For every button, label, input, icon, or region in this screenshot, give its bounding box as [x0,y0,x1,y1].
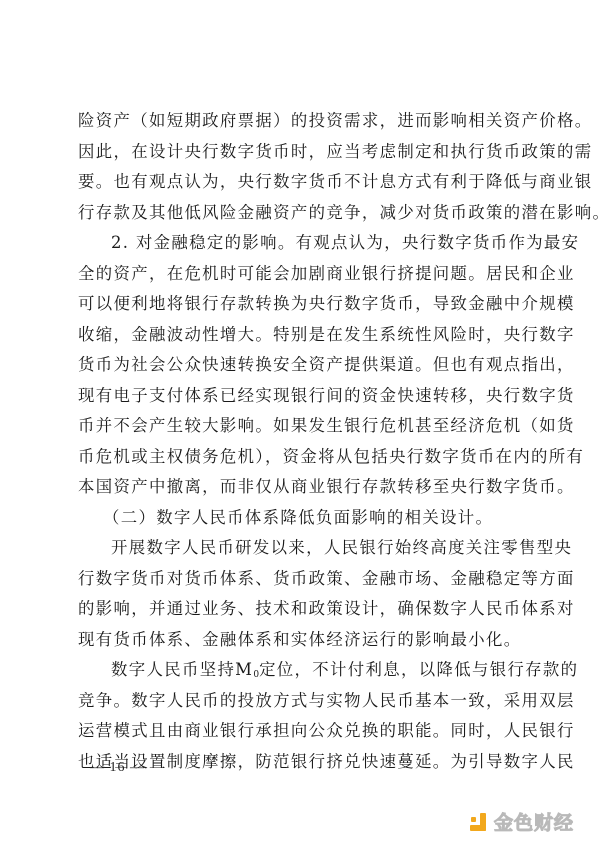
text-line: 要。也有观点认为，央行数字货币不计息方式有利于降低与商业银 [78,167,524,198]
text-line: 的影响，并通过业务、技术和政策设计，确保数字人民币体系对 [78,594,524,625]
page-number: — 16 — [90,760,145,776]
text-line: 本国资产中撤离，而非仅从商业银行存款转移至央行数字货币。 [78,472,524,503]
watermark: 金色财经 [470,808,574,835]
section-heading: （二）数字人民币体系降低负面影响的相关设计。 [78,503,524,534]
text-line: 全的资产，在危机时可能会加剧商业银行挤提问题。居民和企业 [78,259,524,290]
watermark-text: 金色财经 [494,808,574,835]
text-line: 运营模式且由商业银行承担向公众兑换的职能。同时，人民银行 [78,716,524,747]
text-segment: 数字人民币坚持M [111,660,253,679]
text-line: 币并不会产生较大影响。如果发生银行危机甚至经济危机（如货 [78,411,524,442]
text-line: 行数字货币对货币体系、货币政策、金融市场、金融稳定等方面 [78,564,524,595]
text-line: 数字人民币坚持M0定位，不计付利息，以降低与银行存款的 [78,655,524,686]
text-line: 2. 对金融稳定的影响。有观点认为，央行数字货币作为最安 [78,228,524,259]
text-line: 收缩，金融波动性增大。特别是在发生系统性风险时，央行数字 [78,320,524,351]
text-line: 货币为社会公众快速转换安全资产提供渠道。但也有观点指出， [78,350,524,381]
text-line: 现有货币体系、金融体系和实体经济运行的影响最小化。 [78,625,524,656]
text-line: 竞争。数字人民币的投放方式与实物人民币基本一致，采用双层 [78,686,524,717]
text-line: 险资产（如短期政府票据）的投资需求，进而影响相关资产价格。 [78,106,524,137]
text-line: 币危机或主权债务危机），资金将从包括央行数字货币在内的所有 [78,442,524,473]
document-page: 险资产（如短期政府票据）的投资需求，进而影响相关资产价格。 因此，在设计央行数字… [0,0,600,849]
logo-icon [470,813,488,831]
text-line: 现有电子支付体系已经实现银行间的资金快速转移，央行数字货 [78,381,524,412]
text-line: 开展数字人民币研发以来，人民银行始终高度关注零售型央 [78,533,524,564]
text-segment: 定位，不计付利息，以降低与银行存款的 [259,660,578,679]
text-line: 可以便利地将银行存款转换为央行数字货币，导致金融中介规模 [78,289,524,320]
body-text: 险资产（如短期政府票据）的投资需求，进而影响相关资产价格。 因此，在设计央行数字… [78,106,524,777]
text-line: 行存款及其他低风险金融资产的竞争，减少对货币政策的潜在影响。 [78,198,524,229]
text-line: 因此，在设计央行数字货币时，应当考虑制定和执行货币政策的需 [78,137,524,168]
